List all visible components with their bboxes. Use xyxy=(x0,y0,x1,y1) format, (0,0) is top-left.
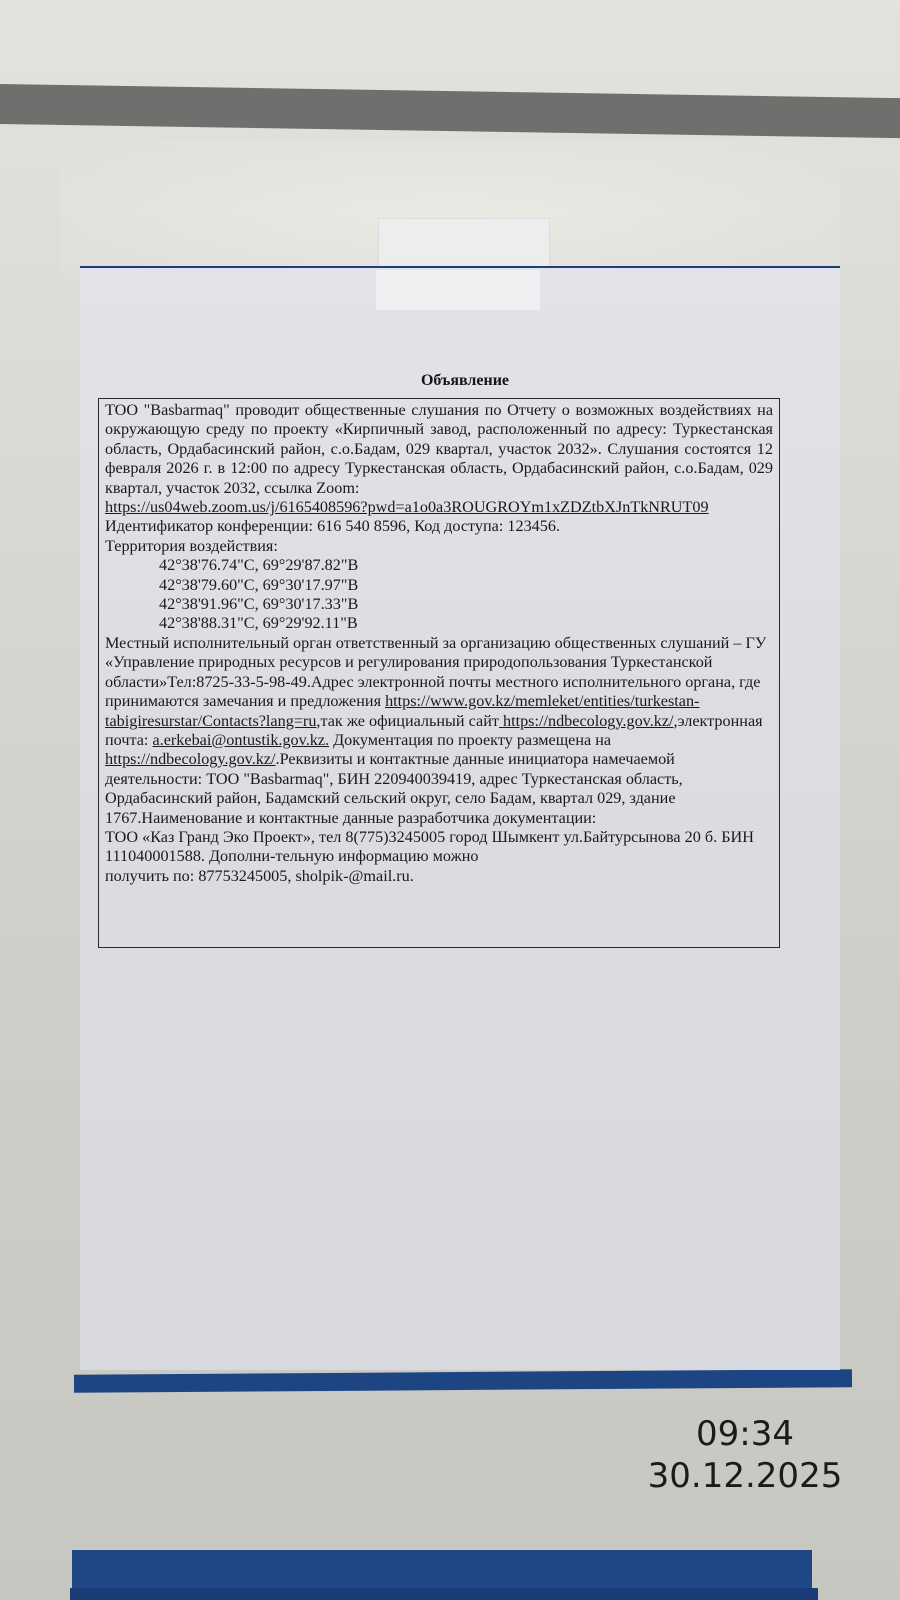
notice-body: ТОО "Basbarmaq" проводит общественные сл… xyxy=(98,398,780,948)
tape-on-paper xyxy=(376,270,540,310)
developer-text: ТОО «Каз Гранд Эко Проект», тел 8(775)32… xyxy=(105,828,773,867)
notice-title: Объявление xyxy=(0,372,900,390)
conference-info: Идентификатор конференции: 616 540 8596,… xyxy=(105,517,773,536)
contact-text: получить по: 87753245005, sholpik-@mail.… xyxy=(105,867,773,886)
coordinate-4: 42°38'88.31"С, 69°29'92.11"В xyxy=(105,614,773,633)
photo-timestamp: 09:34 30.12.2025 xyxy=(640,1413,850,1497)
board-holder-bottom xyxy=(74,1369,852,1392)
zoom-link[interactable]: https://us04web.zoom.us/j/6165408596?pwd… xyxy=(105,498,709,516)
coordinate-1: 42°38'76.74"С, 69°29'87.82"В xyxy=(105,556,773,575)
docs-link[interactable]: https://ndbecology.gov.kz/ xyxy=(105,750,276,768)
site-link[interactable]: https://ndbecology.gov.kz/ xyxy=(499,712,674,730)
email-link[interactable]: a.erkebai@ontustik.gov.kz. xyxy=(152,731,329,749)
territory-label: Территория воздействия: xyxy=(105,537,773,556)
lower-board-holder xyxy=(72,1550,812,1590)
stamp-time: 09:34 xyxy=(640,1413,850,1455)
site-prefix: ,так же официальный сайт xyxy=(316,712,499,730)
intro-paragraph: ТОО "Basbarmaq" проводит общественные сл… xyxy=(105,401,773,498)
contacts-paragraph: Местный исполнительный орган ответственн… xyxy=(105,634,773,828)
wall-stripe xyxy=(0,84,900,138)
lower-board-holder-edge xyxy=(70,1588,818,1600)
stamp-date: 30.12.2025 xyxy=(640,1455,850,1497)
coordinate-2: 42°38'79.60"С, 69°30'17.97"В xyxy=(105,576,773,595)
docs-text: Документация по проекту размещена на xyxy=(329,731,611,749)
coordinate-3: 42°38'91.96"С, 69°30'17.33"В xyxy=(105,595,773,614)
